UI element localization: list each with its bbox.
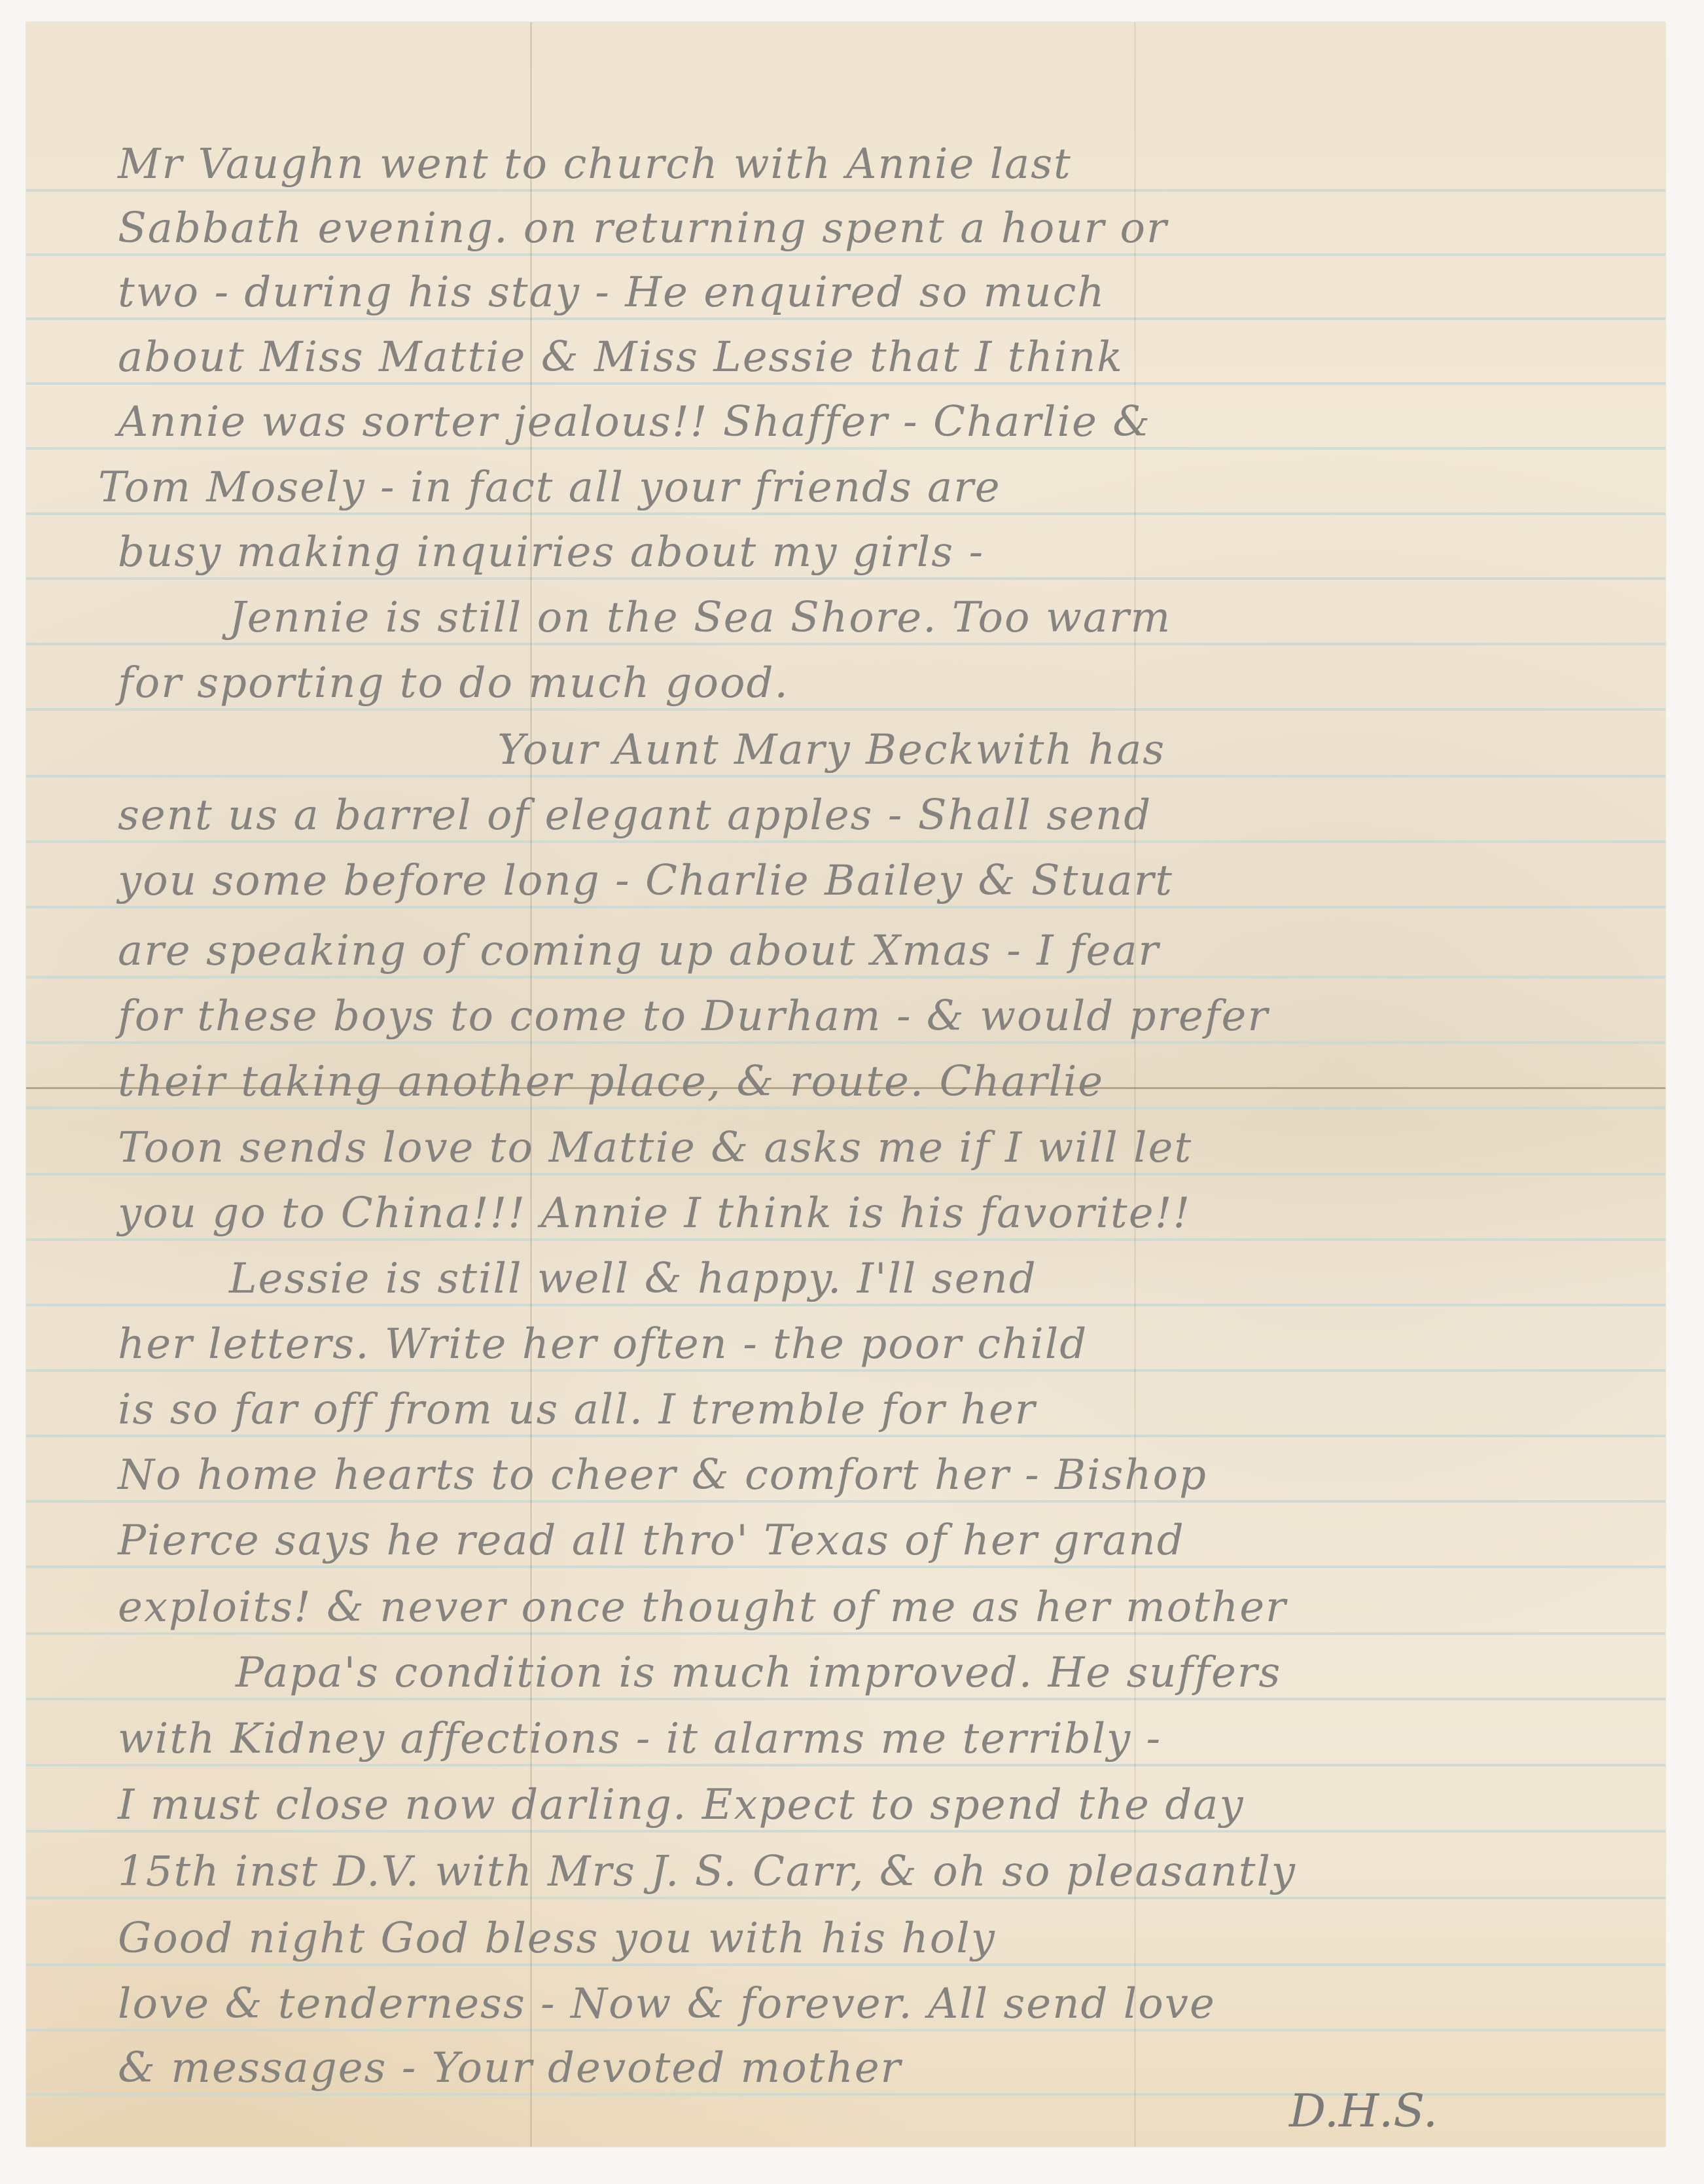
ruling-line <box>26 643 1665 645</box>
letter-line: you go to China!!! Annie I think is his … <box>118 1189 1620 1238</box>
letter-line: Your Aunt Mary Beckwith has <box>497 726 1620 774</box>
letter-line: Pierce says he read all thro' Texas of h… <box>118 1516 1620 1565</box>
ruling-line <box>26 1764 1665 1766</box>
ruling-line <box>26 708 1665 711</box>
letter-line: Sabbath evening. on returning spent a ho… <box>118 204 1620 253</box>
letter-line: Lessie is still well & happy. I'll send <box>229 1255 1620 1303</box>
letter-line: Tom Mosely - in fact all your friends ar… <box>98 463 1620 512</box>
ruling-line <box>26 577 1665 580</box>
ruling-line <box>26 1107 1665 1109</box>
ruling-line <box>26 1435 1665 1437</box>
ruling-line <box>26 1632 1665 1635</box>
letter-line: Jennie is still on the Sea Shore. Too wa… <box>229 594 1620 642</box>
ruling-line <box>26 1698 1665 1700</box>
ruling-line <box>26 2029 1665 2032</box>
ruling-line <box>26 317 1665 320</box>
letter-line: No home hearts to cheer & comfort her - … <box>118 1451 1620 1499</box>
letter-line: love & tenderness - Now & forever. All s… <box>118 1980 1620 2028</box>
letter-line: sent us a barrel of elegant apples - Sha… <box>118 791 1620 840</box>
signature: D.H.S. <box>1289 2084 1438 2138</box>
ruling-line <box>26 1041 1665 1044</box>
ruling-line <box>26 253 1665 256</box>
letter-line: with Kidney affections - it alarms me te… <box>118 1715 1620 1763</box>
ruling-line <box>26 906 1665 908</box>
letter-line: Mr Vaughn went to church with Annie last <box>118 140 1620 188</box>
ruling-line <box>26 512 1665 515</box>
ruling-line <box>26 1173 1665 1175</box>
ruling-line <box>26 1304 1665 1306</box>
ruling-line <box>26 840 1665 843</box>
ruling-line <box>26 189 1665 192</box>
letter-page: Mr Vaughn went to church with Annie last… <box>26 22 1665 2147</box>
ruling-line <box>26 382 1665 385</box>
letter-line: Toon sends love to Mattie & asks me if I… <box>118 1124 1620 1172</box>
letter-line: two - during his stay - He enquired so m… <box>118 268 1620 317</box>
letter-line: busy making inquiries about my girls - <box>118 528 1620 577</box>
letter-line: for sporting to do much good. <box>118 659 1620 707</box>
ruling-line <box>26 447 1665 450</box>
ruling-line <box>26 1963 1665 1966</box>
ruling-line <box>26 1500 1665 1503</box>
ruling-line <box>26 1897 1665 1899</box>
letter-line: I must close now darling. Expect to spen… <box>118 1781 1620 1829</box>
letter-line: exploits! & never once thought of me as … <box>118 1583 1620 1632</box>
letter-line: Papa's condition is much improved. He su… <box>236 1649 1620 1697</box>
letter-line: you some before long - Charlie Bailey & … <box>118 857 1620 905</box>
letter-line: Good night God bless you with his holy <box>118 1914 1620 1963</box>
ruling-line <box>26 976 1665 978</box>
ruling-line <box>26 1830 1665 1833</box>
letter-line: about Miss Mattie & Miss Lessie that I t… <box>118 333 1620 382</box>
ruling-line <box>26 1369 1665 1372</box>
ruling-line <box>26 1566 1665 1568</box>
letter-line: Annie was sorter jealous!! Shaffer - Cha… <box>118 398 1620 446</box>
letter-line: for these boys to come to Durham - & wou… <box>118 992 1620 1041</box>
letter-line: their taking another place, & route. Cha… <box>118 1058 1620 1106</box>
letter-line: are speaking of coming up about Xmas - I… <box>118 927 1620 975</box>
ruling-line <box>26 1238 1665 1241</box>
letter-line: 15th inst D.V. with Mrs J. S. Carr, & oh… <box>118 1848 1620 1896</box>
letter-line: is so far off from us all. I tremble for… <box>118 1386 1620 1434</box>
letter-line: her letters. Write her often - the poor … <box>118 1320 1620 1369</box>
ruling-line <box>26 775 1665 778</box>
